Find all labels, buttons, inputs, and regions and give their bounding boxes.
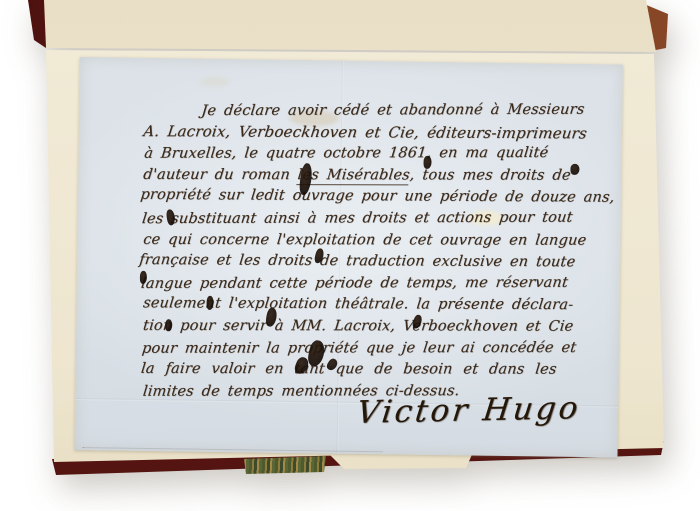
line-fragment: , tous mes droits de bbox=[409, 167, 572, 183]
letter-line: propriété sur ledit ouvrage pour une pér… bbox=[139, 185, 614, 209]
letter-line: Je déclare avoir cédé et abandonné à Mes… bbox=[200, 100, 614, 123]
letter-line: pour maintenir la propriété que je leur … bbox=[141, 337, 615, 359]
letter-line: tion pour servir à MM. Lacroix, Verboeck… bbox=[142, 316, 614, 338]
open-book: Je déclare avoir cédé et abandonné à Mes… bbox=[0, 0, 700, 511]
paper-stain bbox=[200, 77, 230, 87]
line-fragment: d'auteur du roman bbox=[143, 167, 299, 183]
photo-stage: Je déclare avoir cédé et abandonné à Mes… bbox=[0, 0, 700, 511]
letter-line: d'auteur du roman les Misérables, tous m… bbox=[142, 165, 614, 187]
letter-line: les substituant ainsi à mes droits et ac… bbox=[141, 207, 615, 230]
underlined-book-title: les Misérables bbox=[297, 167, 411, 185]
victor-hugo-signature: Victor Hugo bbox=[355, 390, 583, 431]
letter-line: ce qui concerne l'exploitation de cet ou… bbox=[142, 229, 614, 251]
letter-line: langue pendant cette période de temps, m… bbox=[140, 272, 615, 295]
letter-text: Je déclare avoir cédé et abandonné à Mes… bbox=[143, 100, 614, 403]
letter-line: la faire valoir en tant que de besoin et… bbox=[140, 359, 614, 381]
letter-line: A. Lacroix, Verboeckhoven et Cie, éditeu… bbox=[142, 121, 615, 145]
letter-line: française et les droits de traduction ex… bbox=[138, 250, 614, 274]
letter-line: à Bruxelles, le quatre octobre 1861, en … bbox=[143, 143, 614, 165]
letter-sheet: Je déclare avoir cédé et abandonné à Mes… bbox=[75, 57, 623, 458]
